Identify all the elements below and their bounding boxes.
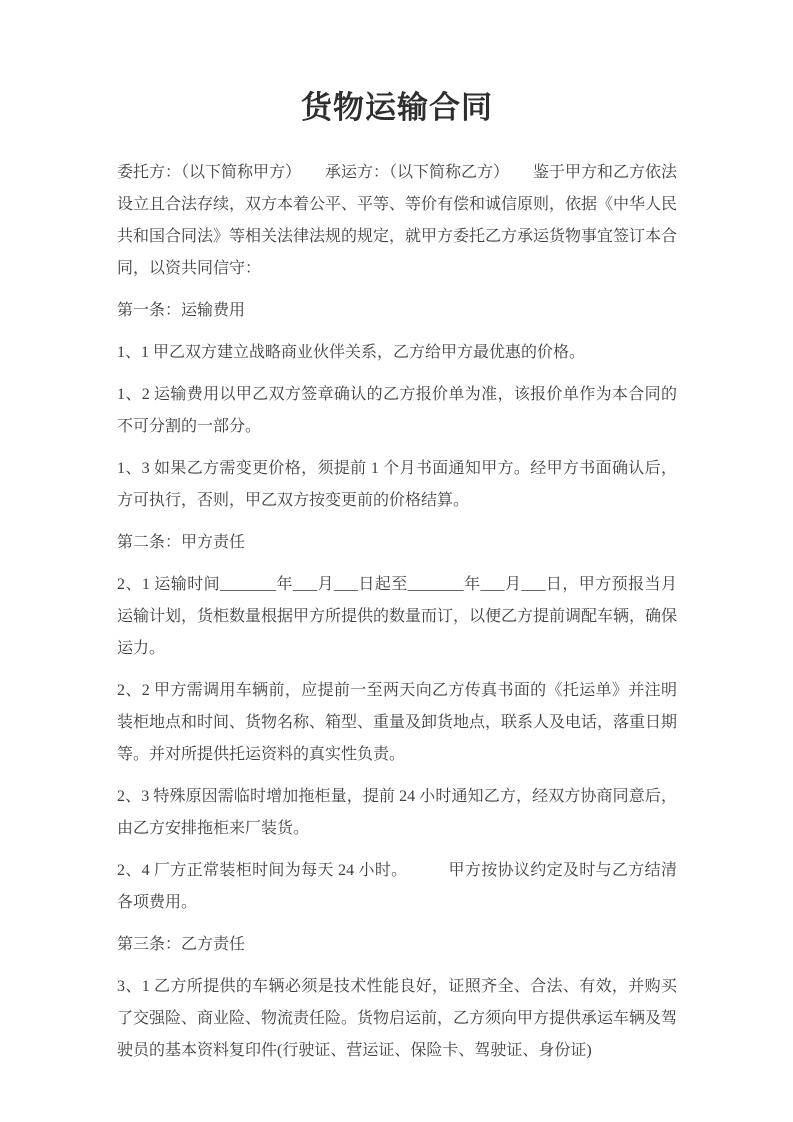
clause-2-4: 2、4 厂方正常装柜时间为每天 24 小时。 甲方按协议约定及时与乙方结清各项费… bbox=[117, 855, 677, 919]
clause-2-1: 2、1 运输时间_______年___月___日起至_______年___月__… bbox=[117, 569, 677, 665]
section-1-heading: 第一条：运输费用 bbox=[117, 295, 677, 327]
preamble-paragraph: 委托方：（以下简称甲方） 承运方：（以下简称乙方） 鉴于甲方和乙方依法设立且合法… bbox=[117, 157, 677, 285]
document-title: 货物运输合同 bbox=[117, 86, 677, 130]
clause-1-3: 1、3 如果乙方需变更价格，须提前 1 个月书面通知甲方。经甲方书面确认后，方可… bbox=[117, 453, 677, 517]
section-3-heading: 第三条：乙方责任 bbox=[117, 929, 677, 961]
clause-3-1: 3、1 乙方所提供的车辆必须是技术性能良好，证照齐全、合法、有效，并购买了交强险… bbox=[117, 971, 677, 1067]
clause-1-2: 1、2 运输费用以甲乙双方签章确认的乙方报价单为准，该报价单作为本合同的不可分割… bbox=[117, 379, 677, 443]
clause-1-1: 1、1 甲乙双方建立战略商业伙伴关系，乙方给甲方最优惠的价格。 bbox=[117, 337, 677, 369]
clause-2-2: 2、2 甲方需调用车辆前，应提前一至两天向乙方传真书面的《托运单》并注明装柜地点… bbox=[117, 675, 677, 771]
section-2-heading: 第二条：甲方责任 bbox=[117, 527, 677, 559]
clause-2-3: 2、3 特殊原因需临时增加拖柜量，提前 24 小时通知乙方，经双方协商同意后，由… bbox=[117, 781, 677, 845]
contract-page: 货物运输合同 委托方：（以下简称甲方） 承运方：（以下简称乙方） 鉴于甲方和乙方… bbox=[0, 0, 793, 1122]
